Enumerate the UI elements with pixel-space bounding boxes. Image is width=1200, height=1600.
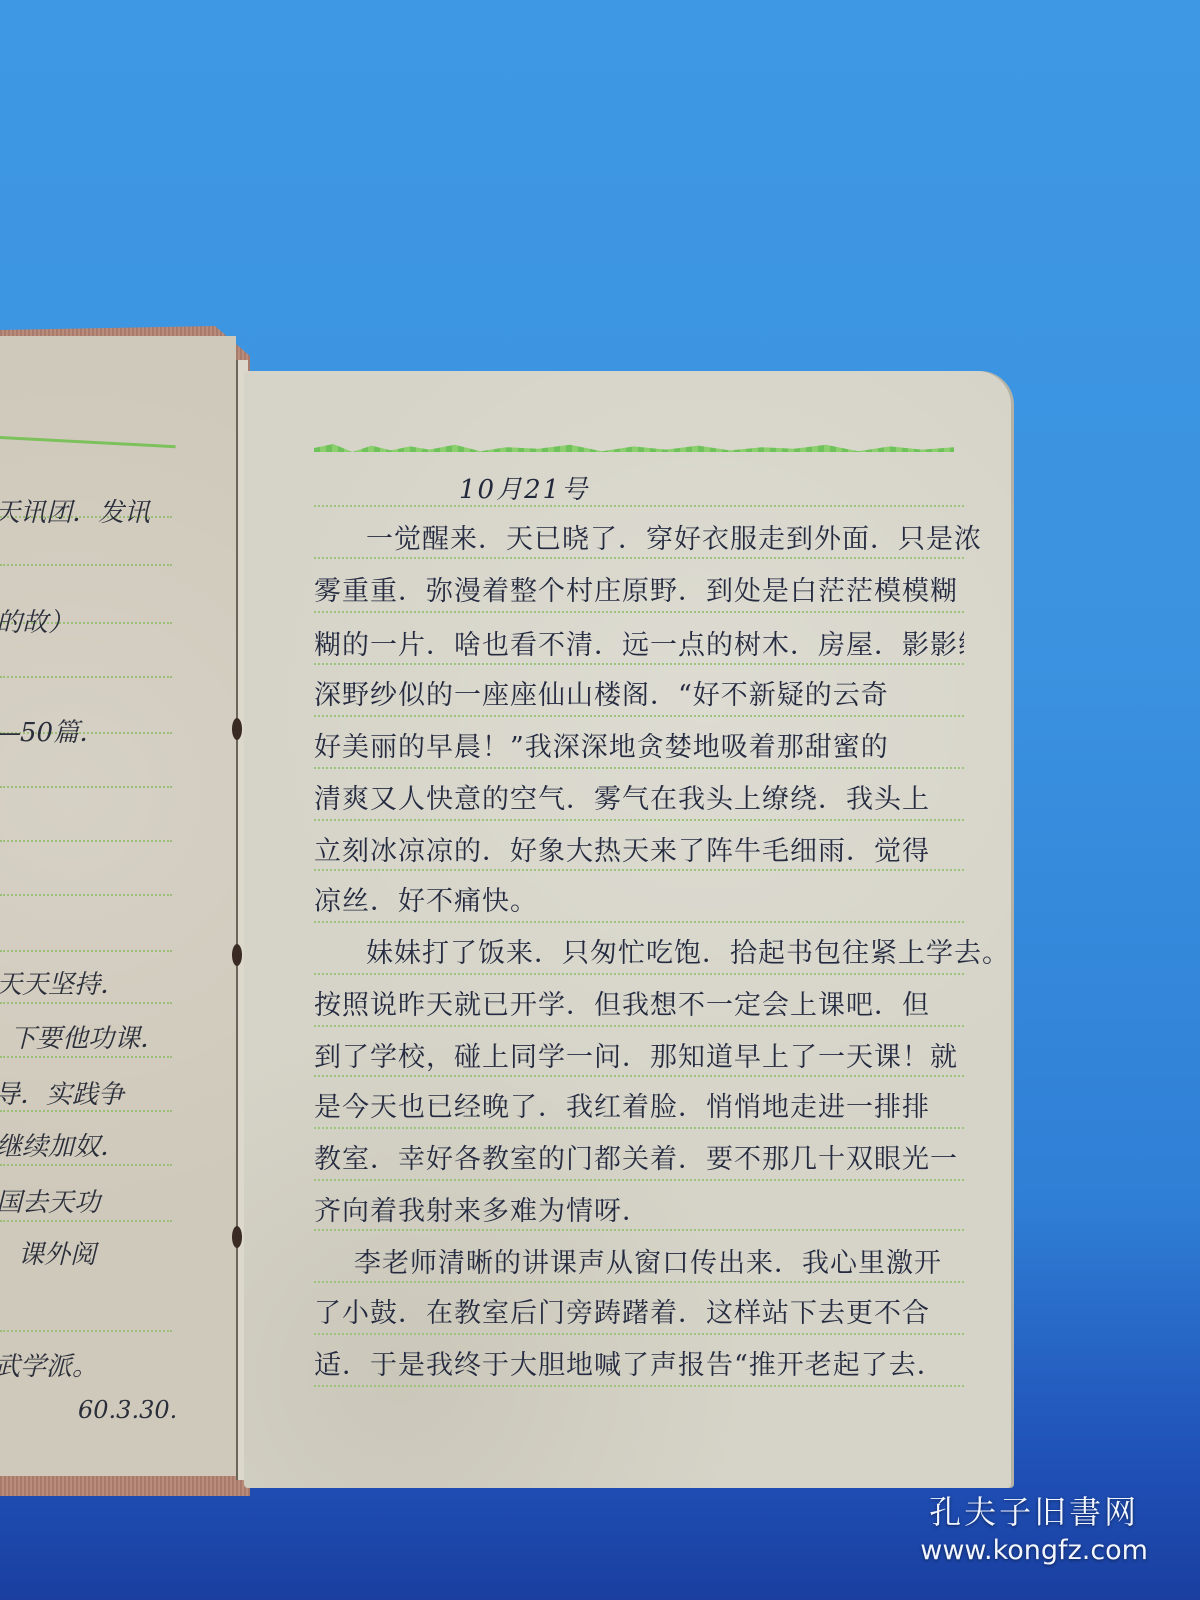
- ruled-line: [0, 786, 172, 788]
- ruled-line: [0, 1330, 172, 1332]
- ruled-line: [314, 973, 964, 975]
- handwritten-line: 天讯团．发讯: [0, 492, 150, 529]
- ruled-line: [0, 1220, 172, 1222]
- binding-stitch: [232, 718, 242, 740]
- ruled-line: [0, 1002, 172, 1004]
- ruled-line: [314, 505, 964, 507]
- handwritten-line: 深野纱似的一座座仙山楼阁．“好不新疑的云奇: [314, 673, 964, 712]
- ruled-line: [314, 1075, 964, 1077]
- ruled-line: [314, 1127, 964, 1129]
- handwritten-line: 凉丝．好不痛快。: [314, 879, 964, 918]
- ruled-line: [314, 1229, 964, 1231]
- watermark-name: 孔夫子旧書网: [920, 1487, 1148, 1533]
- handwritten-line: 武学派。: [0, 1346, 98, 1383]
- handwritten-line: 按照说昨天就已开学．但我想不一定会上课吧．但: [314, 983, 964, 1022]
- ruled-line: [0, 564, 172, 566]
- ruled-line: [314, 921, 964, 923]
- handwritten-line: 导．实践争: [0, 1074, 124, 1111]
- site-watermark: 孔夫子旧書网 www.kongfz.com: [920, 1487, 1148, 1566]
- handwritten-line: 齐向着我射来多难为情呀．: [314, 1189, 964, 1228]
- ruled-line: [0, 1056, 172, 1058]
- handwritten-line: 教室．幸好各教室的门都关着．要不那几十双眼光一: [314, 1137, 964, 1176]
- handwritten-line: 雾重重．弥漫着整个村庄原野．到处是白茫茫模模糊: [314, 569, 964, 608]
- handwritten-line: 天天坚持．: [0, 964, 126, 1001]
- handwritten-line: 继续加奴．: [0, 1126, 126, 1163]
- entry-date: 60.3.30.: [78, 1396, 177, 1424]
- handwritten-line: 妹妹打了饭来．只匆忙吃饱．拾起书包往紧上学去。: [314, 931, 1016, 970]
- ruled-line: [314, 819, 964, 821]
- handwritten-line: 清爽又人快意的空气．雾气在我头上缭绕．我头上: [314, 777, 964, 816]
- handwritten-line: 国去天功: [0, 1182, 100, 1219]
- handwritten-line: 适．于是我终于大胆地喊了声报告“推开老起了去．: [314, 1343, 964, 1382]
- handwritten-line: ―50篇．: [0, 712, 105, 749]
- binding-stitch: [232, 1226, 242, 1248]
- ruled-line: [314, 663, 964, 665]
- binding-stitch: [232, 944, 242, 966]
- ruled-line: [314, 1281, 964, 1283]
- handwritten-line: 到了学校，碰上同学一问．那知道早上了一天课！就: [314, 1035, 964, 1074]
- handwritten-line: 好美丽的早晨！”我深深地贪婪地吸着那甜蜜的: [314, 725, 964, 764]
- handwritten-line: 课外阅: [18, 1234, 96, 1271]
- ruled-line: [314, 767, 964, 769]
- ruled-line: [0, 950, 172, 952]
- handwritten-line: 李老师清晰的讲课声从窗口传出来．我心里激开: [314, 1241, 1004, 1280]
- ruled-line: [0, 840, 172, 842]
- handwritten-line: 了小鼓．在教室后门旁踌躇着．这样站下去更不合: [314, 1291, 964, 1330]
- right-page: 10月21号 一觉醒来．天已晓了．穿好衣服走到外面．只是浓 雾重重．弥漫着整个村…: [244, 371, 1014, 1488]
- ruled-line: [314, 1333, 964, 1335]
- ruled-line: [0, 676, 172, 678]
- handwritten-line: 是今天也已经晚了．我红着脸．悄悄地走进一排排: [314, 1085, 964, 1124]
- ruled-line: [0, 894, 172, 896]
- ruled-line: [314, 715, 964, 717]
- ruled-line: [314, 1179, 964, 1181]
- handwritten-line: 一觉醒来．天已晓了．穿好衣服走到外面．只是浓: [314, 517, 1016, 556]
- ruled-line: [0, 1110, 172, 1112]
- ruled-line: [314, 1385, 964, 1387]
- handwritten-line: 糊的一片．啥也看不清．远一点的树木．房屋．影影绰绰: [314, 623, 964, 662]
- entry-date-heading: 10月21号: [459, 469, 589, 506]
- green-wavy-line: [314, 444, 954, 452]
- green-wavy-line: [0, 430, 176, 448]
- ruled-line: [314, 869, 964, 871]
- left-page: 天讯团．发讯 的故） ―50篇． 天天坚持． 下要他功课． 导．实践争 继续加奴…: [0, 336, 236, 1476]
- handwritten-line: 立刻冰凉凉的．好象大热天来了阵牛毛细雨．觉得: [314, 829, 964, 868]
- handwritten-line: 的故）: [0, 602, 74, 639]
- ruled-line: [314, 1025, 964, 1027]
- handwritten-line: 下要他功课．: [10, 1018, 166, 1055]
- watermark-url: www.kongfz.com: [920, 1535, 1148, 1566]
- ruled-line: [0, 1164, 172, 1166]
- ruled-line: [314, 557, 964, 559]
- ruled-line: [314, 611, 964, 613]
